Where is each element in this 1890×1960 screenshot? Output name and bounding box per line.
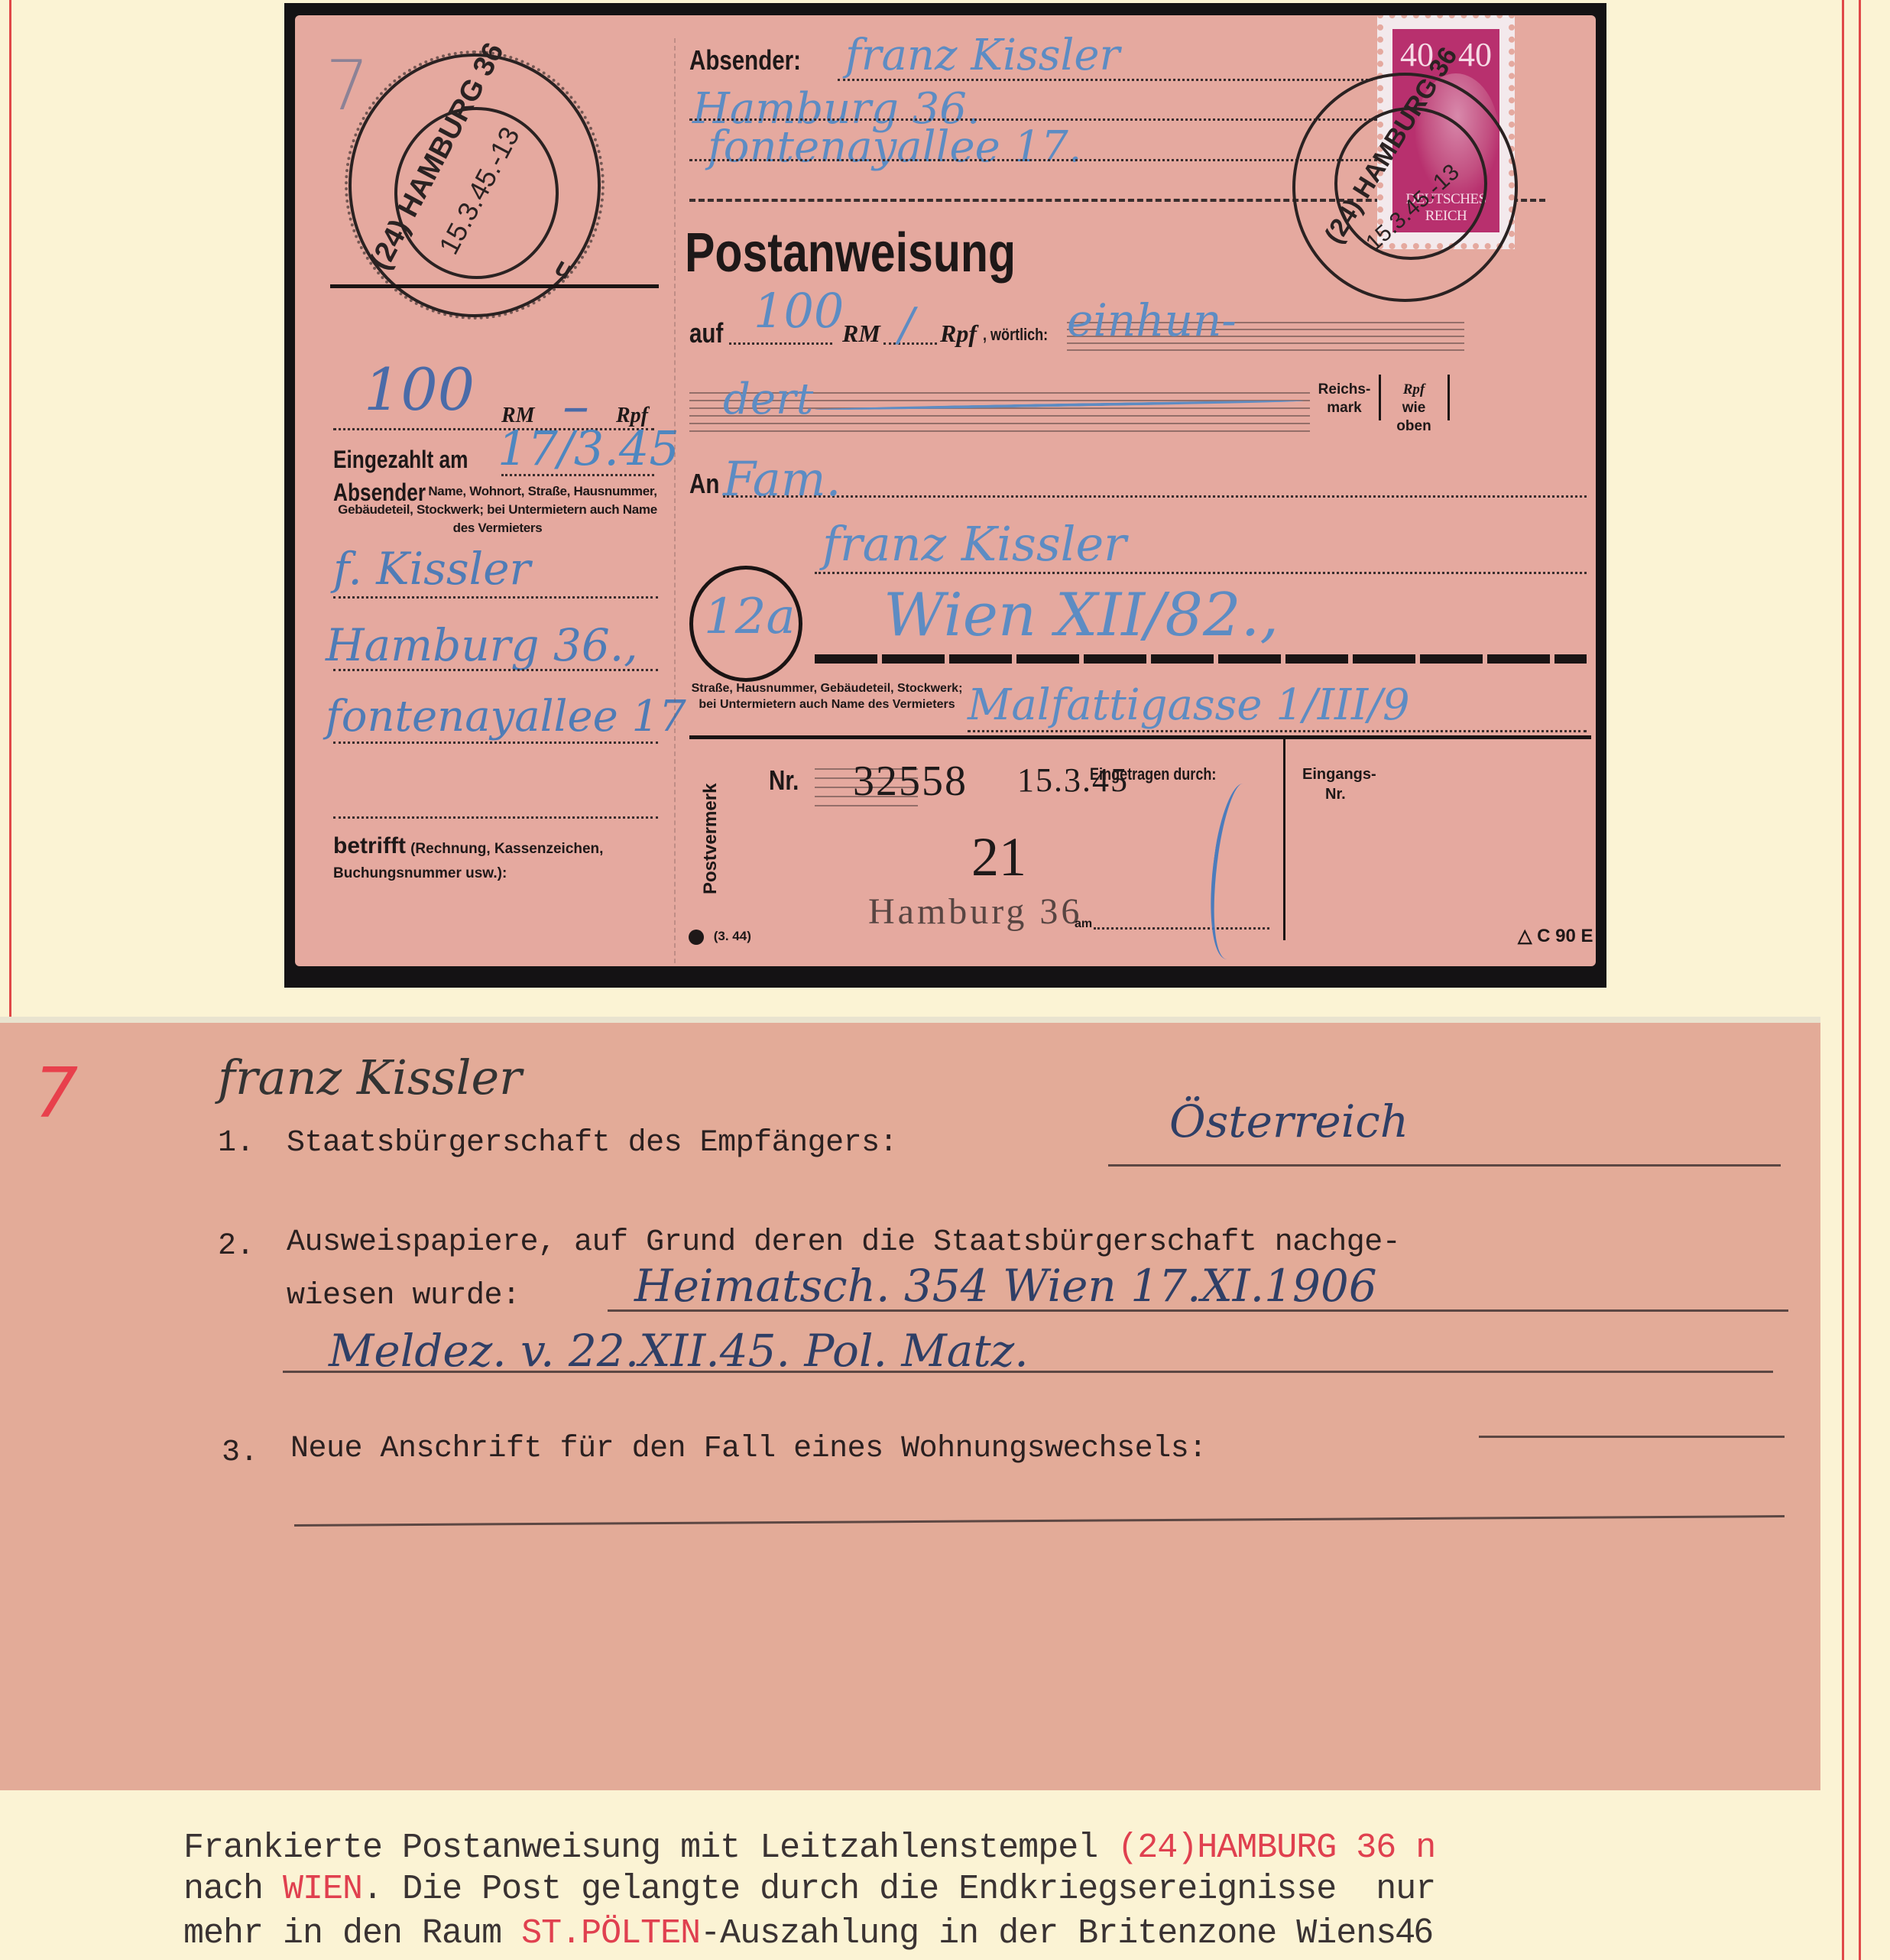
caption-2c: . Die Post gelangte durch die Endkriegse…: [362, 1870, 1435, 1909]
registry-office: Hamburg 36: [868, 891, 1082, 933]
sender-hint: Name, Wohnort, Straße, Hausnummer, Gebäu…: [333, 482, 662, 537]
nr-value: 32558: [853, 757, 968, 806]
right-margin-line-1: [1842, 0, 1844, 1960]
caption-2a: nach: [183, 1870, 283, 1909]
street-dotline: [968, 730, 1587, 732]
item-1-value: Österreich: [1169, 1095, 1409, 1147]
slip-signature: franz Kissler: [218, 1050, 522, 1105]
auf-label-text: auf: [689, 317, 723, 349]
left-header-rule: [330, 284, 659, 288]
right-margin-line-2: [1859, 0, 1861, 1960]
caption-1a: Frankierte Postanweisung mit Leitzahlens…: [183, 1829, 1117, 1868]
postvermerk-label: Postvermerk: [700, 784, 721, 894]
eingangs-divider: [1283, 738, 1285, 940]
slip-pencil-mark: 7: [34, 1053, 78, 1134]
recipient-line-3: Wien XII/82.,: [883, 581, 1279, 650]
official-signature: [1200, 784, 1270, 959]
printer-mark-icon: [689, 930, 704, 945]
auf-dotline: [729, 342, 832, 345]
caption-3b: ST.PÖLTEN: [521, 1914, 700, 1953]
sender-line-1: f. Kissler: [333, 543, 530, 595]
item-3-rule-2: [294, 1515, 1785, 1527]
item-2-value-2: Meldez. v. 22.XII.45. Pol. Matz.: [329, 1325, 1029, 1377]
an-dotline-1: [723, 495, 1587, 498]
reichsmark-divider: [1379, 375, 1381, 420]
sender-line-2: Hamburg 36.,: [326, 619, 638, 671]
item-2-label: Ausweispapiere, auf Grund deren die Staa…: [287, 1225, 1400, 1260]
wie-oben-rpf: Rpf: [1383, 381, 1444, 399]
concerns-label: betrifft: [333, 833, 406, 858]
page-number: 46: [1396, 1911, 1432, 1950]
absender-label: Absender:: [689, 44, 825, 76]
recipient-line-2: franz Kissler: [822, 516, 1127, 572]
citizenship-slip: 7 franz Kissler 1. Staatsbürgerschaft de…: [0, 1017, 1820, 1790]
reichsmark-label-1: Reichs-: [1318, 381, 1371, 399]
paid-on-value: 17/3.45: [498, 420, 679, 476]
form-title: Postanweisung: [685, 222, 1088, 284]
form-number: △ C 90 E: [1518, 925, 1593, 947]
item-1-number: 1.: [218, 1126, 254, 1160]
sender-dotline-3: [333, 741, 658, 744]
column-divider: [674, 38, 676, 963]
absender-line-1: franz Kissler: [845, 31, 1120, 80]
auf-slash: /: [899, 298, 914, 352]
sender-dotline-2: [333, 669, 658, 671]
eingangs-label: Eingangs- Nr.: [1302, 764, 1376, 804]
right-postmark: (24) HAMBURG 36 15.3.45.-13: [1292, 73, 1545, 325]
caption-3c: -Auszahlung in der Britenzone Wiens: [700, 1914, 1396, 1953]
item-2-rule-2: [283, 1371, 1773, 1373]
auf-rpf-label: Rpf: [940, 320, 977, 348]
wie-oben-divider: [1447, 375, 1450, 420]
woertlich-label: , wörtlich:: [983, 325, 1062, 345]
reichsmark-label-2: mark: [1318, 399, 1371, 417]
item-2-value: Heimatsch. 354 Wien 17.XI.1906: [634, 1260, 1377, 1312]
recipient-line-1: Fam.: [723, 451, 841, 507]
nr-label: Nr.: [769, 764, 806, 797]
eingangs-label-2: Nr.: [1302, 784, 1376, 804]
caption-line-1: Frankierte Postanweisung mit Leitzahlens…: [183, 1829, 1435, 1868]
postvermerk-top-rule: [689, 735, 1591, 739]
an-dotline-2: [815, 572, 1587, 574]
registry-number: 21: [971, 826, 1026, 889]
left-postmark: (24) HAMBURG 36 15.3.45.-13 n: [348, 54, 654, 336]
wie-oben-text: wie oben: [1383, 399, 1444, 436]
caption-2b: WIEN: [283, 1870, 362, 1909]
street-hint: Straße, Hausnummer, Gebäudeteil, Stockwe…: [689, 680, 964, 712]
absender-dotline-3: [689, 159, 1377, 161]
eingetragen-label-text: Eingetragen durch:: [1090, 764, 1216, 784]
caption-line-2: nach WIEN. Die Post gelangte durch die E…: [183, 1870, 1435, 1909]
postanweisung-card: 7 (24) HAMBURG 36 15.3.45.-13 n 100 RM –…: [295, 15, 1596, 966]
absender-line-3: fontenayallee 17.: [708, 122, 1082, 172]
auf-amount: 100: [754, 283, 844, 339]
paid-on-label: Eingezahlt am: [333, 446, 498, 474]
item-1-label: Staatsbürgerschaft des Empfängers:: [287, 1126, 897, 1160]
auf-label: auf: [689, 317, 731, 349]
sender-line-3: fontenayallee 17: [326, 692, 686, 741]
item-3-label: Neue Anschrift für den Fall eines Wohnun…: [290, 1432, 1207, 1466]
item-2-number: 2.: [218, 1229, 254, 1264]
eingangs-label-1: Eingangs-: [1302, 764, 1376, 784]
woertlich-value: einhun-: [1067, 294, 1237, 346]
item-3-number: 3.: [222, 1436, 258, 1470]
form-title-text: Postanweisung: [685, 222, 1016, 284]
an-label-text: An: [689, 468, 719, 500]
street-value: Malfattigasse 1/III/9: [968, 680, 1410, 730]
sender-block: Absender Name, Wohnort, Straße, Hausnumm…: [333, 478, 662, 507]
caption-1b: (24)HAMBURG 36 n: [1117, 1829, 1435, 1868]
nr-label-text: Nr.: [769, 764, 799, 797]
am-label: am: [1075, 917, 1092, 931]
concerns-block: betrifft (Rechnung, Kassenzeichen, Buchu…: [333, 835, 662, 885]
sender-dotline-4: [333, 816, 658, 819]
item-1-rule: [1108, 1164, 1781, 1167]
sender-dotline-1: [333, 596, 658, 599]
woertlich-label-text: , wörtlich:: [983, 325, 1048, 345]
stamp-value-right: 40: [1458, 35, 1492, 74]
an-label: An: [689, 468, 726, 500]
left-amount: 100: [364, 355, 475, 423]
caption-3a: mehr in den Raum: [183, 1914, 521, 1953]
item-2-label-cont: wiesen wurde:: [287, 1279, 520, 1313]
paid-on-line: [501, 474, 654, 476]
eingetragen-label: Eingetragen durch:: [1090, 764, 1244, 784]
item-3-rule: [1479, 1436, 1785, 1438]
absender-label-text: Absender:: [689, 44, 801, 76]
paid-on-label-text: Eingezahlt am: [333, 446, 468, 474]
caption-line-3: mehr in den Raum ST.PÖLTEN-Auszahlung in…: [183, 1911, 1432, 1953]
reichsmark-label: Reichs- mark: [1318, 381, 1371, 417]
city-rule: [815, 654, 1587, 664]
postal-district: 12a: [704, 589, 796, 645]
form-code: (3. 44): [689, 929, 751, 945]
item-2-rule: [608, 1309, 1788, 1312]
auf-rm-label: RM: [842, 320, 880, 348]
left-margin-line: [9, 0, 11, 1017]
form-code-text: (3. 44): [714, 929, 751, 943]
woertlich-value-2: dert: [723, 375, 813, 424]
absender-dotline-2: [689, 118, 1377, 121]
wie-oben-label: Rpf wie oben: [1383, 381, 1444, 436]
